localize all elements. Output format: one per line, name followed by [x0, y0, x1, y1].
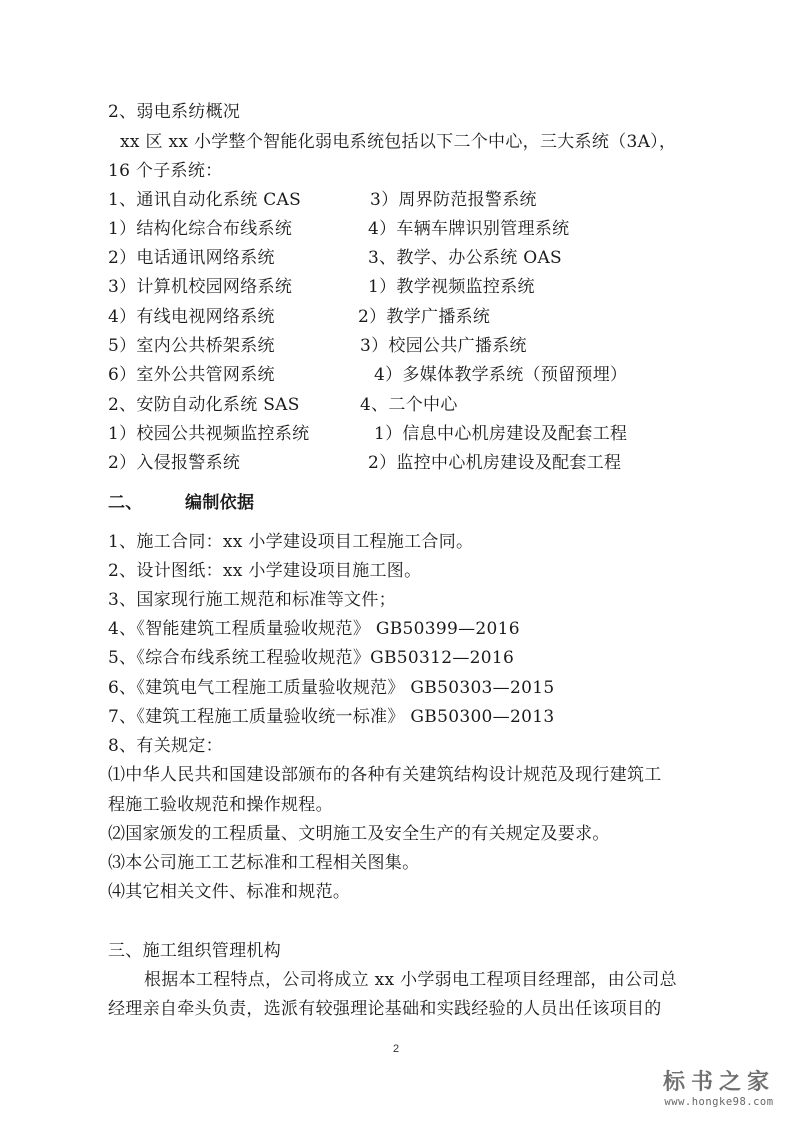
basis-item-3: 3、国家现行施工规范和标准等文件； — [108, 589, 396, 611]
system-left-1: 1）结构化综合布线系统 — [108, 218, 292, 240]
system-left-2: 2）电话通讯网络系统 — [108, 247, 275, 269]
watermark-logo: 标书之家 www.hongke98.com — [645, 1065, 793, 1108]
regulation-1-line-1: ⑴中华人民共和国建设部颁布的各种有关建筑结构设计规范及现行建筑工 — [108, 764, 662, 786]
system-left-0: 1、通讯自动化系统 CAS — [108, 189, 301, 211]
system-left-4: 4）有线电视网络系统 — [108, 306, 275, 328]
system-left-6: 6）室外公共管网系统 — [108, 364, 275, 386]
section-heading-basis-text: 编制依据 — [185, 493, 254, 513]
intro-line-2: 16 个子系统： — [108, 160, 222, 182]
watermark-title: 标书之家 — [645, 1065, 793, 1096]
system-right-0: 3）周界防范报警系统 — [370, 189, 537, 211]
basis-item-8: 8、有关规定： — [108, 735, 223, 757]
watermark-url: www.hongke98.com — [645, 1096, 793, 1108]
regulation-2: ⑵国家颁发的工程质量、文明施工及安全生产的有关规定及要求。 — [108, 823, 610, 845]
section-heading-basis-number: 二、 — [108, 493, 143, 513]
system-left-7: 2、安防自动化系统 SAS — [108, 394, 300, 416]
system-right-4: 2）教学广播系统 — [358, 306, 490, 328]
regulation-4: ⑷其它相关文件、标准和规范。 — [108, 881, 350, 903]
basis-item-2: 2、设计图纸：xx 小学建设项目施工图。 — [108, 560, 421, 582]
system-right-1: 4）车辆车牌识别管理系统 — [368, 218, 569, 240]
regulation-1-line-2: 程施工验收规范和操作规程。 — [108, 794, 333, 816]
system-right-5: 3）校园公共广播系统 — [360, 335, 527, 357]
org-paragraph-line-2: 经理亲自牵头负责，选派有较强理论基础和实践经验的人员出任该项目的 — [108, 998, 662, 1020]
basis-item-1: 1、施工合同：xx 小学建设项目工程施工合同。 — [108, 531, 473, 553]
section-heading-basis: 二、 编制依据 — [108, 492, 254, 514]
intro-line-1: xx 区 xx 小学整个智能化弱电系统包括以下二个中心，三大系统（3A）， — [120, 131, 676, 153]
system-right-7: 4、二个中心 — [360, 394, 458, 416]
system-right-6: 4）多媒体教学系统（预留预埋） — [374, 364, 627, 386]
basis-item-5: 5、《综合布线系统工程验收规范》GB50312—2016 — [108, 647, 514, 669]
regulation-3: ⑶本公司施工工艺标准和工程相关图集。 — [108, 852, 419, 874]
system-left-8: 1）校园公共视频监控系统 — [108, 423, 309, 445]
system-left-9: 2）入侵报警系统 — [108, 452, 240, 474]
basis-item-7: 7、《建筑工程施工质量验收统一标准》 GB50300—2013 — [108, 706, 554, 728]
system-right-3: 1）教学视频监控系统 — [368, 276, 535, 298]
basis-item-6: 6、《建筑电气工程施工质量验收规范》 GB50303—2015 — [108, 677, 554, 699]
org-paragraph-line-1: 根据本工程特点，公司将成立 xx 小学弱电工程项目经理部，由公司总 — [144, 969, 677, 991]
system-right-9: 2）监控中心机房建设及配套工程 — [368, 452, 621, 474]
document-page: 2、弱电系纺概况 xx 区 xx 小学整个智能化弱电系统包括以下二个中心，三大系… — [0, 0, 793, 1122]
basis-item-4: 4、《智能建筑工程质量验收规范》 GB50399—2016 — [108, 618, 520, 640]
section-heading-weak-current: 2、弱电系纺概况 — [108, 101, 240, 123]
system-left-3: 3）计算机校园网络系统 — [108, 276, 292, 298]
system-right-2: 3、教学、办公系统 OAS — [368, 247, 562, 269]
system-right-8: 1）信息中心机房建设及配套工程 — [374, 423, 627, 445]
section-heading-org: 三、施工组织管理机构 — [108, 940, 281, 962]
system-left-5: 5）室内公共桥架系统 — [108, 335, 275, 357]
page-number: 2 — [393, 1043, 399, 1055]
